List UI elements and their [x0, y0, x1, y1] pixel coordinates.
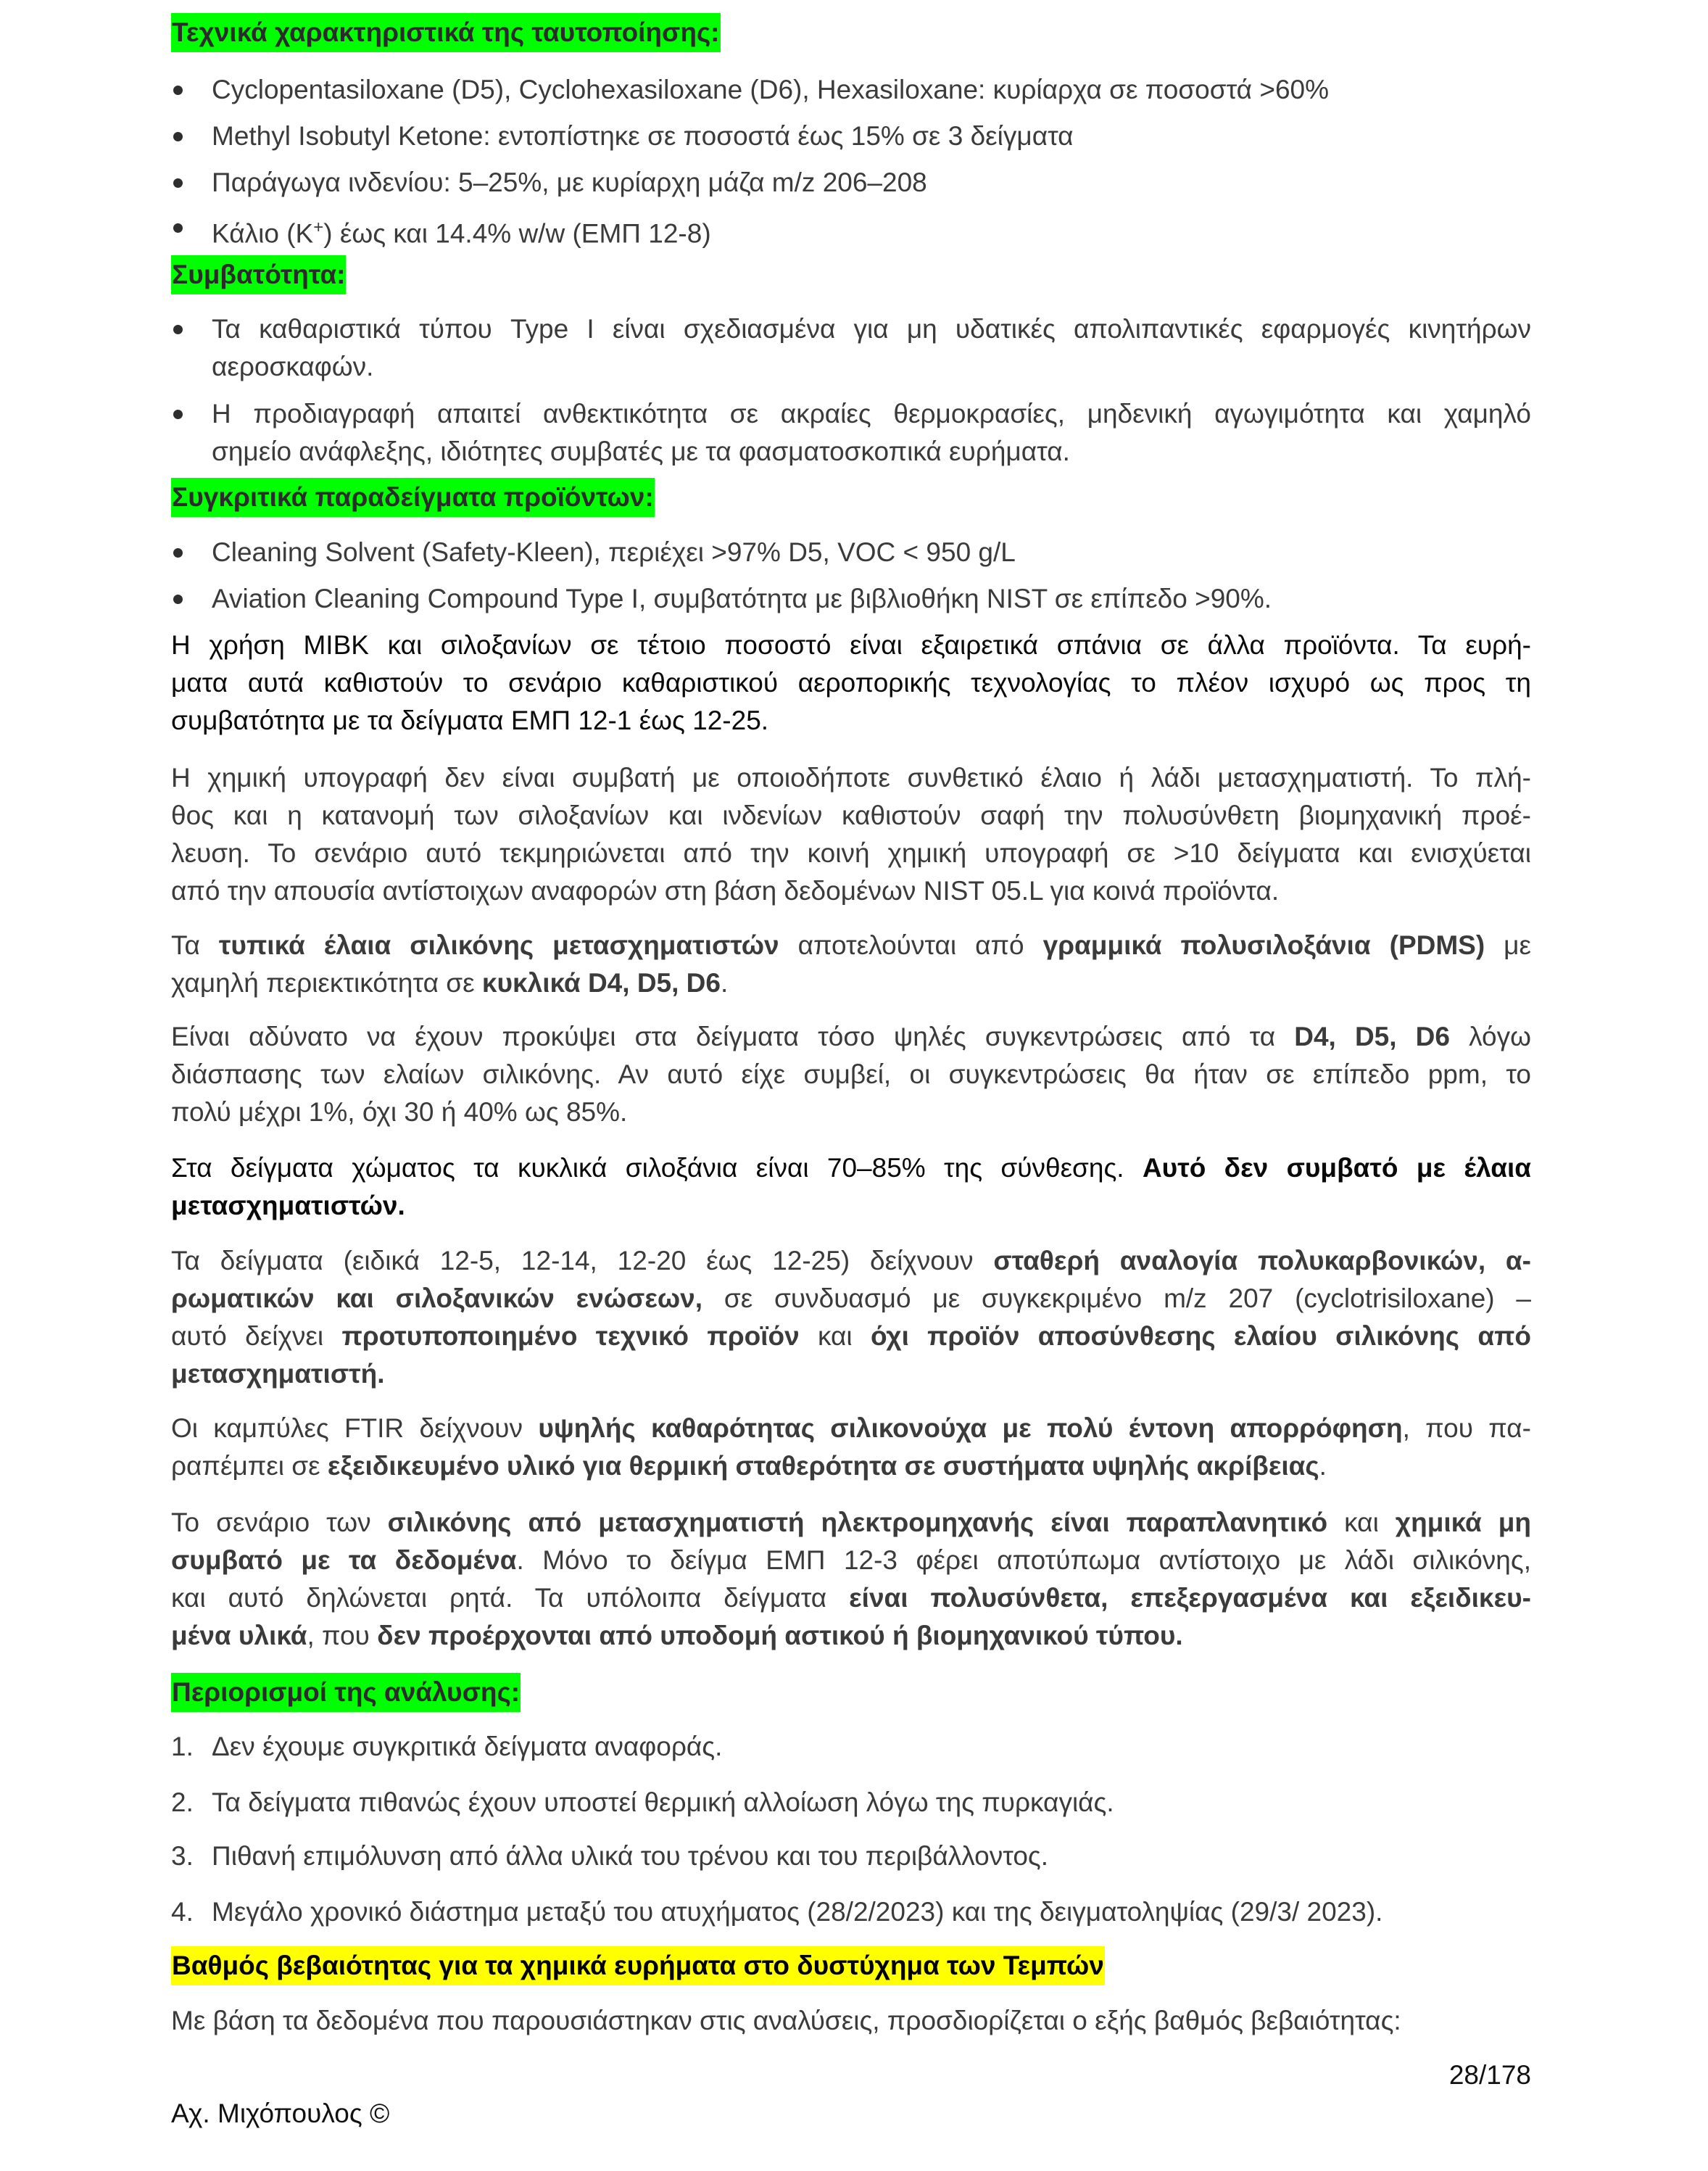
- text-line: Τα καθαριστικά τύπου Type I είναι σχεδια…: [212, 310, 1531, 348]
- bullet-icon: [171, 71, 212, 109]
- text-run: από την απουσία αντίστοιχων αναφορών στη…: [171, 876, 1279, 906]
- bold-run: εξειδικευμένο υλικό για θερμική σταθερότ…: [328, 1451, 1319, 1481]
- text-line: Aviation Cleaning Compound Type I, συμβα…: [212, 580, 1531, 618]
- certainty-intro-block: Με βάση τα δεδομένα που παρουσιάστηκαν σ…: [171, 2002, 1531, 2040]
- text-run: αυτό δείχνει: [171, 1321, 341, 1351]
- text-run: Τα δείγματα (ειδικά 12-5, 12-14, 12-20 έ…: [171, 1246, 993, 1275]
- text-run: Cyclopentasiloxane (D5), Cyclohexasiloxa…: [212, 75, 1329, 104]
- text-line: Η προδιαγραφή απαιτεί ανθεκτικότητα σε α…: [212, 395, 1531, 433]
- text-run: Τα καθαριστικά τύπου Type I είναι σχεδια…: [212, 314, 1531, 344]
- text-run: αποτελούνται από: [779, 930, 1043, 960]
- bullet-text: Η προδιαγραφή απαιτεί ανθεκτικότητα σε α…: [212, 395, 1531, 471]
- paragraph: Οι καμπύλες FTIR δείχνουν υψηλής καθαρότ…: [171, 1410, 1531, 1485]
- heading-technical-block: Τεχνικά χαρακτηριστικά της ταυτοποίησης:: [171, 13, 1531, 52]
- item-number: 4.: [171, 1893, 212, 1931]
- bold-run: μένα υλικά: [171, 1621, 307, 1650]
- text-run: και: [1327, 1508, 1396, 1537]
- text-run: Τα: [171, 930, 219, 960]
- text-line: Το σενάριο των σιλικόνης από μετασχηματι…: [171, 1504, 1531, 1542]
- bold-run: τυπικά έλαια σιλικόνης μετασχηματιστών: [219, 930, 779, 960]
- text-run: ραπέμπει σε: [171, 1451, 328, 1481]
- bold-run: κυκλικά D4, D5, D6: [482, 968, 721, 998]
- heading-certainty-block: Βαθμός βεβαιότητας για τα χημικά ευρήματ…: [171, 1946, 1531, 1985]
- page-number: 28/178: [1449, 2056, 1531, 2094]
- text-line: χαμηλή περιεκτικότητα σε κυκλικά D4, D5,…: [171, 964, 1531, 1002]
- bullet-text: Κάλιο (K+) έως και 14.4% w/w (ΕΜΠ 12-8): [212, 209, 1531, 247]
- bold-run: D4, D5, D6: [1294, 1022, 1450, 1051]
- text-run: διάσπασης των ελαίων σιλικόνης. Αν αυτό …: [171, 1059, 1531, 1089]
- item-text: Τα δείγματα πιθανώς έχουν υποστεί θερμικ…: [212, 1784, 1531, 1821]
- bullet-text: Methyl Isobutyl Ketone: εντοπίστηκε σε π…: [212, 117, 1531, 155]
- bold-run: γραμμικά πολυσιλοξάνια (PDMS): [1043, 930, 1485, 960]
- paragraph: Η χημική υπογραφή δεν είναι συμβατή με ο…: [171, 759, 1531, 910]
- text-run: και αυτό δηλώνεται ρητά. Τα υπόλοιπα δεί…: [171, 1583, 849, 1613]
- text-line: μετασχηματιστών.: [171, 1187, 1531, 1225]
- text-line: λευση. Το σενάριο αυτό τεκμηριώνεται από…: [171, 835, 1531, 872]
- text-line: Η χρήση MIBK και σιλοξανίων σε τέτοιο πο…: [171, 627, 1531, 664]
- bullet-icon: [171, 117, 212, 155]
- text-run: Η χρήση MIBK και σιλοξανίων σε τέτοιο πο…: [171, 630, 1531, 660]
- text-line: Τα δείγματα (ειδικά 12-5, 12-14, 12-20 έ…: [171, 1242, 1531, 1280]
- text-run: Είναι αδύνατο να έχουν προκύψει στα δείγ…: [171, 1022, 1294, 1051]
- heading-comparative: Συγκριτικά παραδείγματα προϊόντων:: [171, 478, 655, 517]
- item-number: 3.: [171, 1837, 212, 1875]
- heading-limitations: Περιορισμοί της ανάλυσης:: [171, 1673, 521, 1712]
- text-line: Στα δείγματα χώματος τα κυκλικά σιλοξάνι…: [171, 1149, 1531, 1187]
- text-line: ματα αυτά καθιστούν το σενάριο καθαριστι…: [171, 664, 1531, 702]
- bold-run: σιλικόνης από μετασχηματιστή ηλεκτρομηχα…: [388, 1508, 1327, 1537]
- text-line: Τα τυπικά έλαια σιλικόνης μετασχηματιστώ…: [171, 927, 1531, 964]
- text-line: και αυτό δηλώνεται ρητά. Τα υπόλοιπα δεί…: [171, 1579, 1531, 1617]
- item-text: Δεν έχουμε συγκριτικά δείγματα αναφοράς.: [212, 1728, 1531, 1766]
- heading-compatibility: Συμβατότητα:: [171, 255, 346, 294]
- heading-certainty: Βαθμός βεβαιότητας για τα χημικά ευρήματ…: [171, 1946, 1105, 1985]
- heading-comparative-block: Συγκριτικά παραδείγματα προϊόντων:: [171, 478, 1531, 517]
- document-page: Τεχνικά χαρακτηριστικά της ταυτοποίησης:…: [0, 0, 1708, 2171]
- text-run: ) έως και 14.4% w/w (ΕΜΠ 12-8): [323, 218, 710, 248]
- bullet-text: Παράγωγα ινδενίου: 5–25%, με κυρίαρχη μά…: [212, 164, 1531, 202]
- bullet-icon: [171, 209, 212, 247]
- text-run: .: [1319, 1451, 1327, 1481]
- text-run: Methyl Isobutyl Ketone: εντοπίστηκε σε π…: [212, 121, 1074, 151]
- text-run: . Μόνο το δείγμα ΕΜΠ 12-3 φέρει αποτύπωμ…: [516, 1545, 1531, 1575]
- text-line: Methyl Isobutyl Ketone: εντοπίστηκε σε π…: [212, 117, 1531, 155]
- bullet-icon: [171, 310, 212, 348]
- text-run: Η χημική υπογραφή δεν είναι συμβατή με ο…: [171, 763, 1531, 793]
- bold-run: μετασχηματιστή.: [171, 1359, 385, 1389]
- text-run: Η προδιαγραφή απαιτεί ανθεκτικότητα σε α…: [212, 399, 1531, 429]
- text-run: Στα δείγματα χώματος τα κυκλικά σιλοξάνι…: [171, 1153, 1143, 1183]
- text-line: Κάλιο (K+) έως και 14.4% w/w (ΕΜΠ 12-8): [212, 209, 1531, 247]
- bold-run: υψηλής καθαρότητας σιλικονούχα με πολύ έ…: [538, 1413, 1402, 1443]
- text-run: χαμηλή περιεκτικότητα σε: [171, 968, 482, 998]
- paragraph: Στα δείγματα χώματος τα κυκλικά σιλοξάνι…: [171, 1149, 1531, 1225]
- text-line: συμβατότητα με τα δείγματα ΕΜΠ 12-1 έως …: [171, 702, 1531, 740]
- text-line: ρωματικών και σιλοξανικών ενώσεων, σε συ…: [171, 1280, 1531, 1318]
- text-line: Cleaning Solvent (Safety-Kleen), περιέχε…: [212, 534, 1531, 571]
- text-line: Η χημική υπογραφή δεν είναι συμβατή με ο…: [171, 759, 1531, 797]
- bold-run: χημικά μη: [1396, 1508, 1531, 1537]
- text-run: θος και η κατανομή των σιλοξανίων και ιν…: [171, 801, 1531, 830]
- text-run: Cleaning Solvent (Safety-Kleen), περιέχε…: [212, 537, 1016, 567]
- paragraph: Η χρήση MIBK και σιλοξανίων σε τέτοιο πο…: [171, 627, 1531, 740]
- bold-run: μετασχηματιστών.: [171, 1191, 405, 1220]
- bold-run: συμβατό με τα δεδομένα: [171, 1545, 516, 1575]
- text-run: Το σενάριο των: [171, 1508, 388, 1537]
- text-line: συμβατό με τα δεδομένα. Μόνο το δείγμα Ε…: [171, 1542, 1531, 1579]
- text-line: ραπέμπει σε εξειδικευμένο υλικό για θερμ…: [171, 1447, 1531, 1485]
- text-run: συμβατότητα με τα δείγματα ΕΜΠ 12-1 έως …: [171, 706, 768, 735]
- certainty-intro-text: Με βάση τα δεδομένα που παρουσιάστηκαν σ…: [171, 2002, 1531, 2040]
- heading-limitations-block: Περιορισμοί της ανάλυσης:: [171, 1673, 1531, 1712]
- bold-run: προτυποποιημένο τεχνικό προϊόν: [341, 1321, 799, 1351]
- item-number: 1.: [171, 1728, 212, 1766]
- text-line: μετασχηματιστή.: [171, 1355, 1531, 1393]
- text-run: Κάλιο (K: [212, 218, 313, 248]
- bullet-icon: [171, 395, 212, 433]
- text-line: Οι καμπύλες FTIR δείχνουν υψηλής καθαρότ…: [171, 1410, 1531, 1447]
- bullet-icon: [171, 580, 212, 618]
- bullet-icon: [171, 534, 212, 571]
- text-line: αεροσκαφών.: [212, 348, 1531, 386]
- text-run: σε συνδυασμό με συγκεκριμένο m/z 207 (cy…: [702, 1283, 1531, 1313]
- text-run: +: [313, 218, 323, 237]
- bullet-text: Cleaning Solvent (Safety-Kleen), περιέχε…: [212, 534, 1531, 571]
- bullet-text: Aviation Cleaning Compound Type I, συμβα…: [212, 580, 1531, 618]
- item-text: Μεγάλο χρονικό διάστημα μεταξύ του ατυχή…: [212, 1893, 1531, 1931]
- bullet-text: Cyclopentasiloxane (D5), Cyclohexasiloxa…: [212, 71, 1531, 109]
- item-number: 2.: [171, 1784, 212, 1821]
- bold-run: όχι προϊόν αποσύνθεσης ελαίου σιλικόνης …: [871, 1321, 1531, 1351]
- paragraph: Τα τυπικά έλαια σιλικόνης μετασχηματιστώ…: [171, 927, 1531, 1002]
- bullet-icon: [171, 164, 212, 202]
- text-run: πολύ μέχρι 1%, όχι 30 ή 40% ως 85%.: [171, 1097, 627, 1127]
- text-run: σημείο ανάφλεξης, ιδιότητες συμβατές με …: [212, 437, 1070, 466]
- bold-run: Αυτό δεν συμβατό με έλαια: [1143, 1153, 1531, 1183]
- text-line: πολύ μέχρι 1%, όχι 30 ή 40% ως 85%.: [171, 1093, 1531, 1131]
- bold-run: δεν προέρχονται από υποδομή αστικού ή βι…: [377, 1621, 1183, 1650]
- text-line: διάσπασης των ελαίων σιλικόνης. Αν αυτό …: [171, 1056, 1531, 1093]
- text-line: Cyclopentasiloxane (D5), Cyclohexasiloxa…: [212, 71, 1531, 109]
- text-line: Παράγωγα ινδενίου: 5–25%, με κυρίαρχη μά…: [212, 164, 1531, 202]
- paragraph: Τα δείγματα (ειδικά 12-5, 12-14, 12-20 έ…: [171, 1242, 1531, 1393]
- text-run: και: [800, 1321, 871, 1351]
- footer-author: Αχ. Μιχόπουλος ©: [171, 2095, 389, 2133]
- text-line: σημείο ανάφλεξης, ιδιότητες συμβατές με …: [212, 433, 1531, 471]
- heading-compatibility-block: Συμβατότητα:: [171, 255, 1531, 294]
- text-run: , που: [307, 1621, 377, 1650]
- text-line: Είναι αδύνατο να έχουν προκύψει στα δείγ…: [171, 1018, 1531, 1056]
- bold-run: ρωματικών και σιλοξανικών ενώσεων,: [171, 1283, 702, 1313]
- heading-technical: Τεχνικά χαρακτηριστικά της ταυτοποίησης:: [171, 13, 721, 52]
- bullet-text: Τα καθαριστικά τύπου Type I είναι σχεδια…: [212, 310, 1531, 386]
- text-run: , που πα-: [1403, 1413, 1531, 1443]
- item-text: Πιθανή επιμόλυνση από άλλα υλικά του τρέ…: [212, 1837, 1531, 1875]
- text-run: Aviation Cleaning Compound Type I, συμβα…: [212, 584, 1272, 613]
- text-line: θος και η κατανομή των σιλοξανίων και ιν…: [171, 797, 1531, 835]
- text-run: Οι καμπύλες FTIR δείχνουν: [171, 1413, 538, 1443]
- paragraph: Το σενάριο των σιλικόνης από μετασχηματι…: [171, 1504, 1531, 1655]
- text-line: από την απουσία αντίστοιχων αναφορών στη…: [171, 872, 1531, 910]
- text-run: Παράγωγα ινδενίου: 5–25%, με κυρίαρχη μά…: [212, 168, 927, 197]
- bold-run: είναι πολυσύνθετα, επεξεργασμένα και εξε…: [849, 1583, 1531, 1613]
- text-run: λευση. Το σενάριο αυτό τεκμηριώνεται από…: [171, 838, 1531, 868]
- text-line: αυτό δείχνει προτυποποιημένο τεχνικό προ…: [171, 1318, 1531, 1355]
- text-run: αεροσκαφών.: [212, 352, 373, 381]
- text-run: λόγω: [1450, 1022, 1531, 1051]
- text-run: ματα αυτά καθιστούν το σενάριο καθαριστι…: [171, 668, 1531, 698]
- text-run: .: [721, 968, 728, 998]
- bold-run: σταθερή αναλογία πολυκαρβονικών, α-: [993, 1246, 1531, 1275]
- text-line: μένα υλικά, που δεν προέρχονται από υποδ…: [171, 1617, 1531, 1655]
- paragraph: Είναι αδύνατο να έχουν προκύψει στα δείγ…: [171, 1018, 1531, 1131]
- text-run: με: [1485, 930, 1531, 960]
